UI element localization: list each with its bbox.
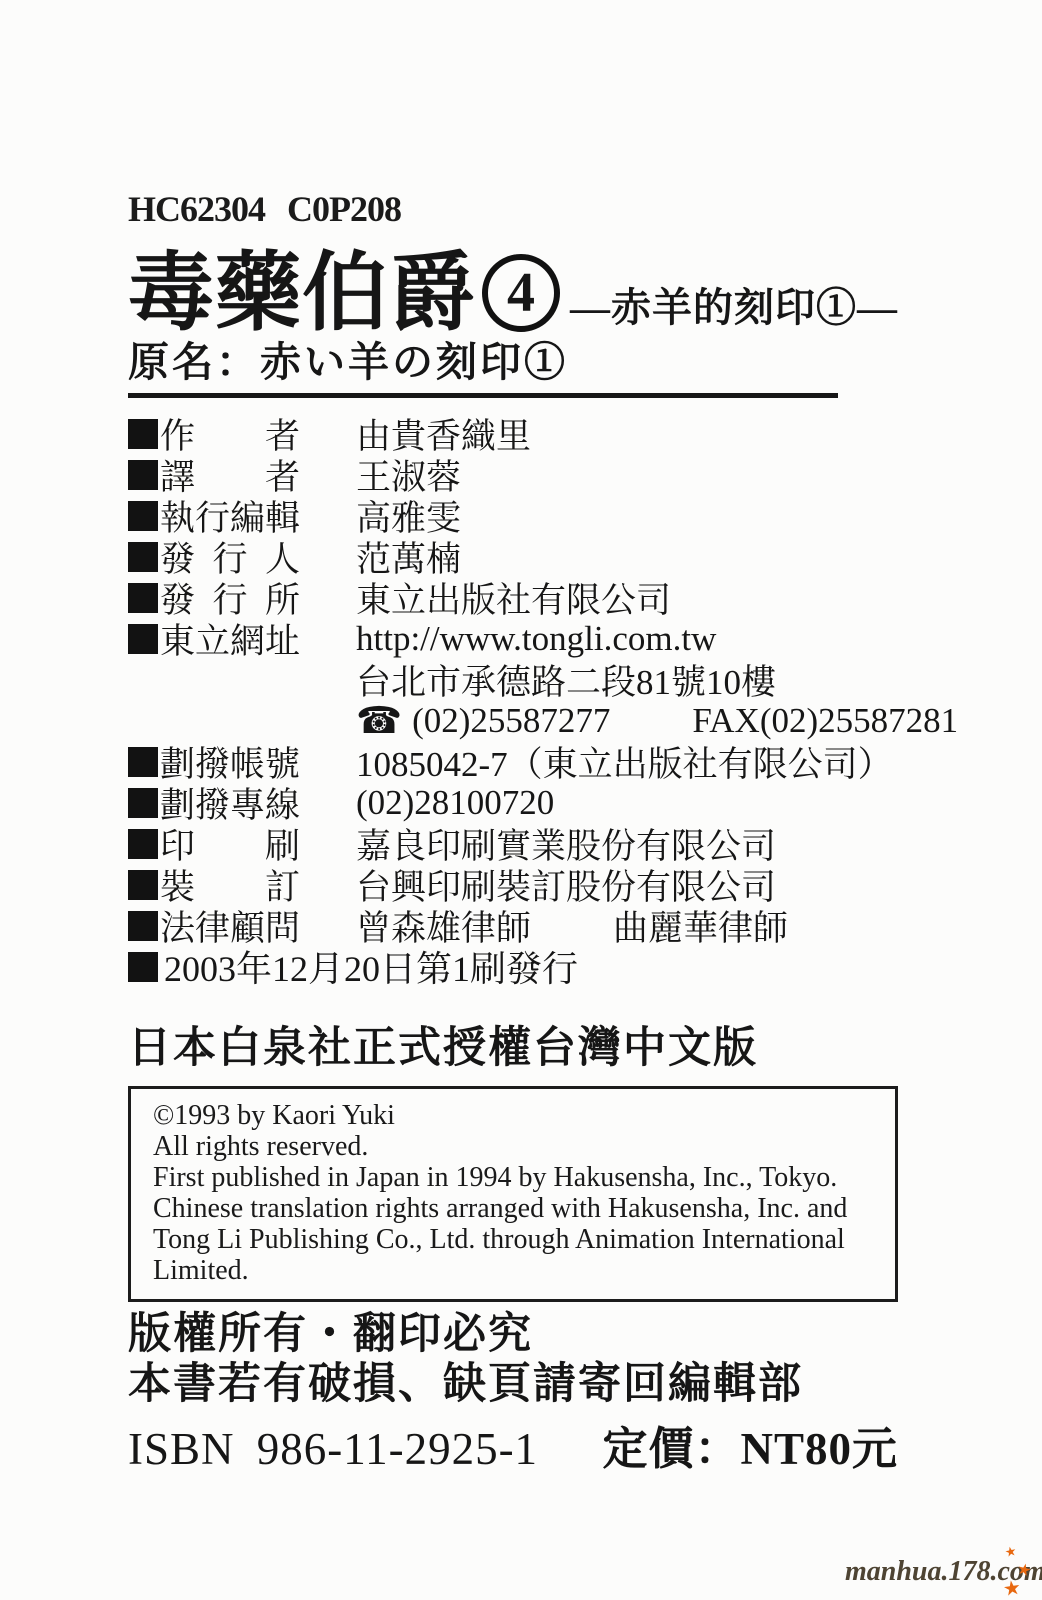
credit-label-char: 網 xyxy=(230,614,265,664)
credit-label: 東立網址 xyxy=(160,614,300,664)
credit-value: (02)28100720 xyxy=(356,783,554,823)
credit-row: 發行人范萬楠 xyxy=(128,536,940,577)
black-square-icon xyxy=(128,542,158,572)
colophon-content: HC62304 C0P208 毒藥伯爵 4 —赤羊的刻印①— 原名：赤い羊の刻印… xyxy=(128,0,940,1477)
copyright-box-line: ©1993 by Kaori Yuki xyxy=(153,1100,873,1131)
copyright-box-line: First published in Japan in 1994 by Haku… xyxy=(153,1162,873,1193)
book-title: 毒藥伯爵 xyxy=(128,250,476,336)
copyright-box-line: Tong Li Publishing Co., Ltd. through Ani… xyxy=(153,1224,873,1286)
credit-row: 發行所東立出版社有限公司 xyxy=(128,577,940,618)
black-square-icon xyxy=(128,911,158,941)
credit-row: 執行編輯高雅雯 xyxy=(128,495,940,536)
credits-list: 作者由貴香織里譯者王淑蓉執行編輯高雅雯發行人范萬楠發行所東立出版社有限公司東立網… xyxy=(128,413,940,987)
credit-row: 譯者王淑蓉 xyxy=(128,454,940,495)
watermark: manhua.178.com ★ ★ ★ xyxy=(845,1548,1035,1598)
original-title: 原名：赤い羊の刻印① xyxy=(128,340,940,384)
black-square-icon xyxy=(128,747,158,777)
book-subtitle: —赤羊的刻印①— xyxy=(570,288,898,328)
product-code: HC62304 C0P208 xyxy=(128,188,940,230)
credit-value-text: 台北市承德路二段81號10樓 xyxy=(356,655,776,705)
credit-label-char: 址 xyxy=(265,614,300,664)
credit-row: ☎(02)25587277FAX(02)25587281 xyxy=(128,700,940,741)
credit-label-char: 東 xyxy=(160,614,195,664)
black-square-icon xyxy=(128,870,158,900)
credit-value: ☎(02)25587277FAX(02)25587281 xyxy=(356,701,958,741)
credit-row: 印刷嘉良印刷實業股份有限公司 xyxy=(128,823,940,864)
divider-rule xyxy=(128,393,838,398)
credit-text: 2003年12月20日第1刷發行 xyxy=(164,941,578,992)
credit-row: 2003年12月20日第1刷發行 xyxy=(128,946,940,987)
credit-row: 劃撥專線(02)28100720 xyxy=(128,782,940,823)
black-square-icon xyxy=(128,952,158,982)
star-icon: ★ xyxy=(1002,1577,1023,1599)
black-square-icon xyxy=(128,583,158,613)
credit-value: 東立出版社有限公司 xyxy=(356,573,671,623)
black-square-icon xyxy=(128,460,158,490)
credit-row: 法律顧問曾森雄律師曲麗華律師 xyxy=(128,905,940,946)
isbn-row: ISBN 986-11-2925-1 定價：NT80元 xyxy=(128,1412,898,1477)
credit-row: 作者由貴香織里 xyxy=(128,413,940,454)
volume-number: 4 xyxy=(507,265,535,321)
credit-row: 劃撥帳號1085042-7（東立出版社有限公司） xyxy=(128,741,940,782)
copyright-box-line: All rights reserved. xyxy=(153,1131,873,1162)
price-label: 定價：NT80元 xyxy=(602,1412,898,1477)
copyright-box-line: Chinese translation rights arranged with… xyxy=(153,1193,873,1224)
credit-row: 裝訂台興印刷裝訂股份有限公司 xyxy=(128,864,940,905)
credit-value-text: 1085042-7（東立出版社有限公司） xyxy=(356,737,893,787)
volume-circle-badge: 4 xyxy=(482,254,560,332)
black-square-icon xyxy=(128,501,158,531)
credit-value: 台北市承德路二段81號10樓 xyxy=(356,655,776,705)
credit-value-secondary: 曲麗華律師 xyxy=(613,901,788,951)
return-notice: 本書若有破損、缺頁請寄回編輯部 xyxy=(128,1361,940,1408)
phone-icon: ☎ xyxy=(356,702,402,739)
isbn-number: ISBN 986-11-2925-1 xyxy=(128,1423,538,1475)
black-square-icon xyxy=(128,788,158,818)
credit-value-text: 東立出版社有限公司 xyxy=(356,573,671,623)
copyright-box: ©1993 by Kaori YukiAll rights reserved.F… xyxy=(128,1086,898,1302)
rights-notice: 版權所有・翻印必究 xyxy=(128,1311,940,1358)
credit-row: 東立網址http://www.tongli.com.tw xyxy=(128,618,940,659)
book-title-row: 毒藥伯爵 4 —赤羊的刻印①— xyxy=(128,240,940,336)
colophon-page: HC62304 C0P208 毒藥伯爵 4 —赤羊的刻印①— 原名：赤い羊の刻印… xyxy=(0,0,1042,1600)
black-square-icon xyxy=(128,624,158,654)
credit-label-char: 立 xyxy=(195,614,230,664)
black-square-icon xyxy=(128,829,158,859)
credit-row: 台北市承德路二段81號10樓 xyxy=(128,659,940,700)
credit-value: http://www.tongli.com.tw xyxy=(356,619,716,659)
credit-value-text: (02)28100720 xyxy=(356,783,554,823)
credit-value: 1085042-7（東立出版社有限公司） xyxy=(356,737,893,787)
star-icon: ★ xyxy=(1004,1545,1018,1560)
credit-value-text: (02)25587277 xyxy=(412,701,610,741)
credit-value-text: http://www.tongli.com.tw xyxy=(356,619,716,659)
black-square-icon xyxy=(128,419,158,449)
credit-value-secondary: FAX(02)25587281 xyxy=(692,701,958,741)
license-line: 日本白泉社正式授權台灣中文版 xyxy=(128,1025,940,1073)
